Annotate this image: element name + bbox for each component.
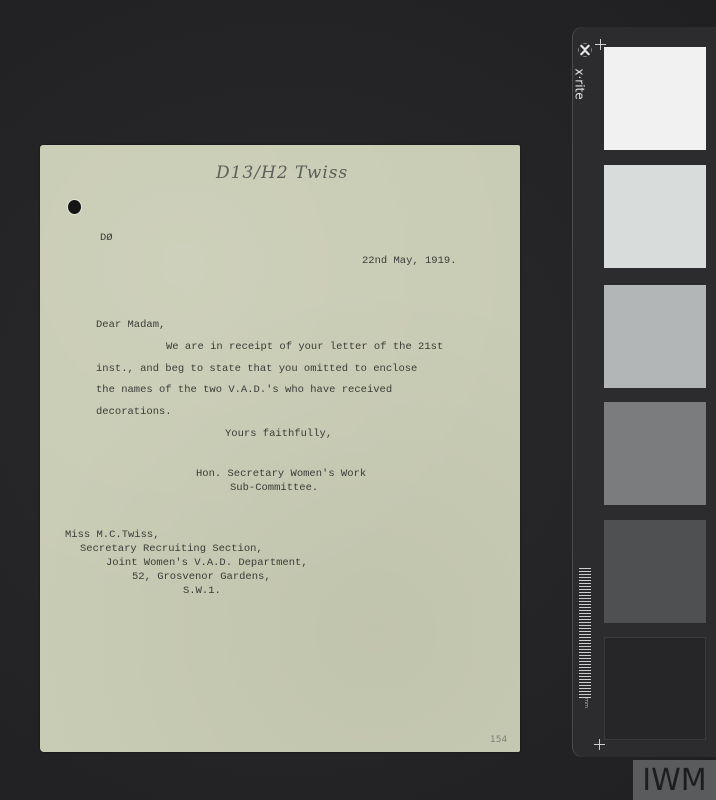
color-checker-card: x·rite mm bbox=[572, 27, 716, 757]
brand: x·rite bbox=[578, 43, 594, 103]
brand-label: x·rite bbox=[573, 68, 587, 99]
body-line: decorations. bbox=[96, 407, 172, 418]
recipient-address-line: 52, Grosvenor Gardens, bbox=[132, 572, 271, 583]
body-line: inst., and beg to state that you omitted… bbox=[96, 364, 417, 375]
signatory-title: Hon. Secretary Women's Work bbox=[196, 469, 366, 480]
salutation: Dear Madam, bbox=[96, 320, 165, 331]
reference-code: DØ bbox=[100, 233, 113, 244]
ruler-scale bbox=[579, 568, 591, 698]
letter-date: 22nd May, 1919. bbox=[362, 256, 457, 267]
swatch-white bbox=[604, 47, 706, 150]
ruler-unit-label: mm bbox=[583, 698, 589, 708]
signatory-subtitle: Sub-Committee. bbox=[230, 483, 318, 494]
swatch-light-gray bbox=[604, 165, 706, 268]
punch-hole bbox=[68, 200, 81, 214]
x-rite-logo-icon bbox=[578, 43, 592, 57]
swatch-mid-light-gray bbox=[604, 285, 706, 388]
recipient-address-line: Joint Women's V.A.D. Department, bbox=[106, 558, 308, 569]
swatch-dark-gray bbox=[604, 520, 706, 623]
crosshair-icon bbox=[594, 739, 605, 750]
recipient-address-line: Secretary Recruiting Section, bbox=[80, 544, 263, 555]
body-line: the names of the two V.A.D.'s who have r… bbox=[96, 385, 392, 396]
swatch-mid-gray bbox=[604, 402, 706, 505]
handwritten-reference: D13/H2 Twiss bbox=[216, 163, 348, 183]
recipient-address-line: S.W.1. bbox=[183, 586, 221, 597]
body-line: We are in receipt of your letter of the … bbox=[166, 342, 443, 353]
page-number: 154 bbox=[490, 735, 507, 745]
iwm-watermark: IWM bbox=[633, 760, 716, 800]
letter-page: D13/H2 Twiss DØ 22nd May, 1919. Dear Mad… bbox=[40, 145, 520, 752]
closing: Yours faithfully, bbox=[225, 429, 332, 440]
swatch-black bbox=[604, 637, 706, 740]
recipient-name: Miss M.C.Twiss, bbox=[65, 530, 160, 541]
